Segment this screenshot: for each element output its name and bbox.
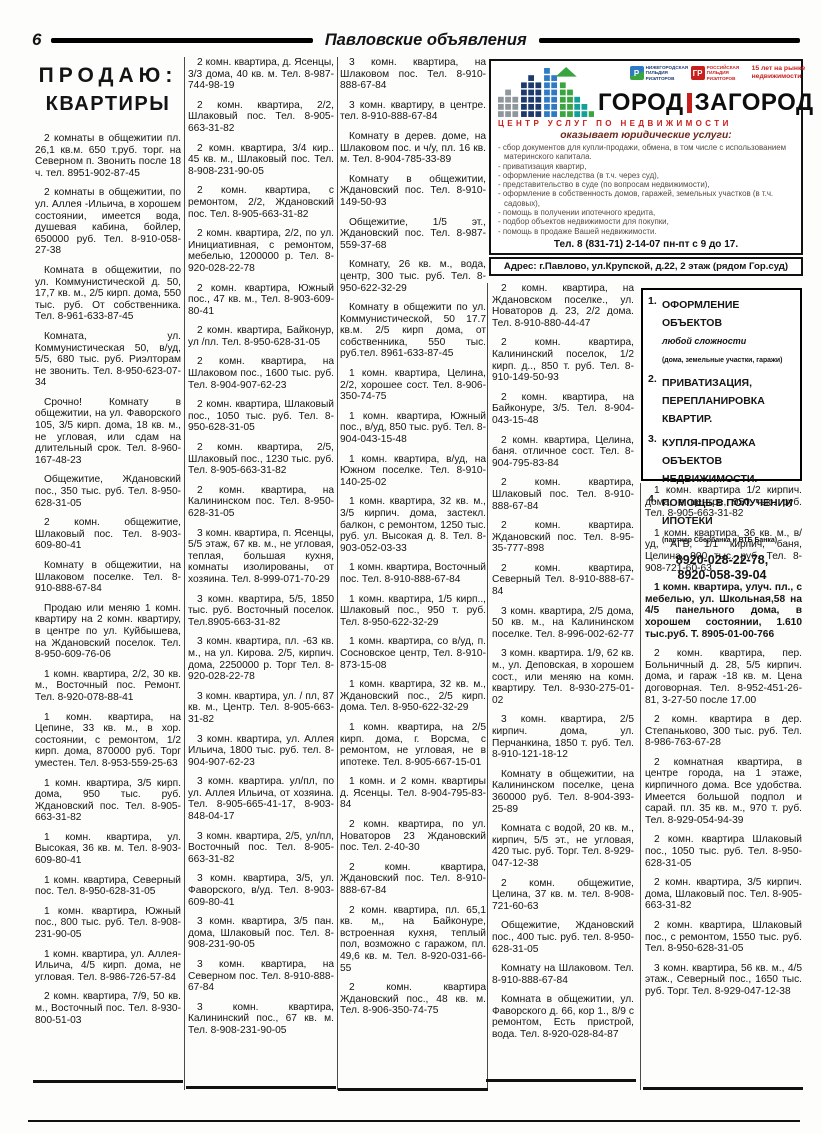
section-title: ПРОДАЮ: КВАРТИРЫ	[35, 63, 181, 119]
classified-ad: 2 комн. квартира, на Калининском пос. Те…	[188, 485, 334, 520]
classified-ad: Комнату в общежитии, на Шлаковом поселке…	[35, 560, 181, 595]
classified-ad: 2 комнаты в общежитии, по ул. Аллея -Иль…	[35, 187, 181, 257]
classified-ad: Комнату в общежитии, Ждановский пос. Тел…	[340, 174, 486, 209]
service-line: - оформление в собственность домов, гара…	[498, 189, 794, 208]
classified-ad: 1 комн. квартира, 2/2, 30 кв. м., Восточ…	[35, 669, 181, 704]
years-badge: 15 лет на рынке недвижимости	[752, 65, 814, 80]
service-item-3: 3. КУПЛЯ-ПРОДАЖА ОБЪЕКТОВ НЕДВИЖИМОСТИ.	[648, 433, 796, 487]
service-line: - помощь в получении ипотечного кредита,	[498, 208, 794, 217]
classified-ad: 1 комн. квартира, Южный пос., в/уд, 850 …	[340, 411, 486, 446]
brand-logo: ГОРОД ЗАГОРОД	[598, 90, 814, 116]
classified-ad: 2 комн. квартира. Ждановский пос. Тел. 8…	[492, 520, 634, 555]
classifieds-column-2: 2 комн. квартира, д. Ясенцы, 3/3 дома, 4…	[188, 57, 334, 1045]
classified-ad: 1 комн. квартира, Северный пос. Тел. 8-9…	[35, 875, 181, 898]
classified-ad: 3 комн. квартира, 3/5, ул. Фаворского, в…	[188, 873, 334, 908]
services-box-phone-1: 8920-028-22-78,	[676, 553, 768, 567]
service-line: - подбор объектов недвижимости для покуп…	[498, 217, 794, 226]
classified-ad: Общежитие, 1/5 эт., Ждановский пос. Тел.…	[340, 217, 486, 252]
classified-ad: 2 комнаты в общежитии пл. 26,1 кв.м. 650…	[35, 133, 181, 179]
classified-ad: 2 комн. квартира, 2/5, Шлаковый пос., 12…	[188, 442, 334, 477]
classified-ad: 1 комн. квартира, ул. Высокая, 36 кв. м.…	[35, 832, 181, 867]
classified-ad: 1 комн. квартира, 32 кв. м., Ждановский …	[340, 679, 486, 714]
services-heading: оказывает юридические услуги:	[498, 130, 794, 141]
column-divider	[640, 483, 641, 1090]
newspaper-page: 6 Павловские объявления ПРОДАЮ: КВАРТИРЫ…	[0, 0, 822, 1134]
russian-guild-emblem-icon: ГР	[691, 66, 705, 80]
service-item-title: ПОМОЩЬ В ПОЛУЧЕНИИ ИПОТЕКИ	[662, 497, 793, 527]
classified-ad: 3 комн. квартира, 2/5, ул/пл, Восточный …	[188, 831, 334, 866]
column-end-rule	[486, 1079, 636, 1082]
classified-ad: 1 комн. квартира, со в/уд, п. Сосновское…	[340, 636, 486, 671]
classified-ad: 2 комн. квартира, 3/4 кир.. 45 кв. м., Ш…	[188, 143, 334, 178]
classified-ad: Общежитие, Ждановский пос., 350 тыс. руб…	[35, 474, 181, 509]
service-item-1: 1. ОФОРМЛЕНИЕ ОБЪЕКТОВ любой сложности (…	[648, 295, 796, 367]
service-line: - сбор документов для купли-продажи, обм…	[498, 143, 794, 162]
classified-ad: 1 комн. квартира, 1/5 кирп.., Шлаковый п…	[340, 594, 486, 629]
russian-guild-label: РОССИЙСКАЯ ГИЛЬДИЯ РИЭЛТОРОВ	[707, 65, 745, 81]
classified-ad: 2 комн. квартира, 2/2, по ул. Инициативн…	[188, 228, 334, 274]
service-item-body: ПОМОЩЬ В ПОЛУЧЕНИИ ИПОТЕКИ (партнер Сбер…	[662, 493, 796, 547]
classified-ad: 2 комн. квартира в дер. Степаньково, 300…	[645, 714, 802, 749]
classified-ad: 2 комн. квартира, д. Ясенцы, 3/3 дома, 4…	[188, 57, 334, 92]
services-offer-box: 1. ОФОРМЛЕНИЕ ОБЪЕКТОВ любой сложности (…	[641, 288, 802, 481]
agency-tagline: ЦЕНТР УСЛУГ ПО НЕДВИЖИМОСТИ	[498, 119, 794, 128]
classified-ad: Комната в общежитии, по ул. Коммунистиче…	[35, 265, 181, 323]
classified-ad: 2 комн. квартира, на Байконуре, 3/5. Тел…	[492, 392, 634, 427]
classifieds-column-3: 3 комн. квартира, на Шлаковом пос. Тел. …	[340, 57, 486, 1025]
partner-nn-guild: Р НИЖЕГОРОДСКАЯ ГИЛЬДИЯ РИЭЛТОРОВ	[630, 65, 684, 81]
classified-ad: 2 комнатная квартира, в центре города, н…	[645, 757, 802, 827]
service-item-body: ОФОРМЛЕНИЕ ОБЪЕКТОВ любой сложности (дом…	[662, 295, 796, 367]
agency-address-strip: Адрес: г.Павлово, ул.Крупской, д.22, 2 э…	[489, 257, 803, 276]
classified-ad: Комнату в дерев. доме, на Шлаковом пос. …	[340, 131, 486, 166]
service-line: - приватизация квартир,	[498, 162, 794, 171]
service-item-subnote: (партнер Сбербанка и ВТБ Банка)	[662, 537, 777, 544]
classified-ad: 2 комн. квартира, Ждановский пос. Тел. 8…	[340, 862, 486, 897]
classified-ad: 2 комн. общежитие, Целина, 37 кв. м. тел…	[492, 878, 634, 913]
classified-ad: 1 комн. квартира, Южный пос., 800 тыс. р…	[35, 906, 181, 941]
classified-ad: 1 комн. квартира, на 2/5 кирп. дома, г. …	[340, 722, 486, 768]
classified-ad: 2 комн. квартира, Целина, баня. отличное…	[492, 435, 634, 470]
service-item-body: КУПЛЯ-ПРОДАЖА ОБЪЕКТОВ НЕДВИЖИМОСТИ.	[662, 433, 796, 487]
classified-ad: 3 комн. квартира, 56 кв. м., 4/5 этаж., …	[645, 963, 802, 998]
classified-ad: 2 комн. квартира, с ремонтом, 2/2, Ждано…	[188, 185, 334, 220]
agency-phone-line: Тел. 8 (831-71) 2-14-07 пн-пт с 9 до 17.	[498, 239, 794, 250]
service-item-2: 2. ПРИВАТИЗАЦИЯ, ПЕРЕПЛАНИРОВКА КВАРТИР.	[648, 373, 796, 427]
services-box-phone-2: 8920-058-39-04	[678, 568, 767, 582]
section-title-line2: КВАРТИРЫ	[46, 93, 171, 115]
classified-ad: 2 комн. квартира, на Шлаковом пос., 1600…	[188, 356, 334, 391]
brand-divider	[687, 93, 692, 113]
classified-ad: Срочно! Комнату в общежитии, на ул. Фаво…	[35, 397, 181, 467]
classified-ad: 1 комн. квартира, в/уд, на Южном поселке…	[340, 454, 486, 489]
brand-country: ЗАГОРОД	[695, 90, 814, 116]
page-title: Павловские объявления	[313, 31, 539, 50]
classified-ad: 2 комн. квартира, Шлаковый пос. Тел. 8-9…	[492, 477, 634, 512]
section-title-line1: ПРОДАЮ:	[39, 64, 178, 87]
classifieds-column-1: ПРОДАЮ: КВАРТИРЫ 2 комнаты в общежитии п…	[35, 57, 181, 1034]
classified-ad: 2 комн. квартира, Южный пос., 47 кв. м.,…	[188, 283, 334, 318]
classified-ad: Комната в общежитии, ул. Фаворского д. 6…	[492, 994, 634, 1040]
agency-ad-right: Р НИЖЕГОРОДСКАЯ ГИЛЬДИЯ РИЭЛТОРОВ ГР РОС…	[594, 65, 814, 116]
classified-ad: 2 комн. квартира, 2/2, Шлаковый пос. Тел…	[188, 100, 334, 135]
classified-ad: 3 комн. квартира, на Северном пос. Тел. …	[188, 959, 334, 994]
service-line: - оформление наследства (в т.ч. через су…	[498, 171, 794, 180]
column-divider	[337, 57, 338, 1090]
classified-ad: 1 комн. квартира, улуч. пл., с мебелью, …	[645, 582, 802, 640]
classified-ad: 2 комн. квартира, пер. Больничный д. 28,…	[645, 648, 802, 706]
partner-russian-guild: ГР РОССИЙСКАЯ ГИЛЬДИЯ РИЭЛТОРОВ	[691, 65, 745, 81]
service-item-title: ОФОРМЛЕНИЕ ОБЪЕКТОВ	[662, 299, 739, 329]
classified-ad: 2 комн. квартира, Северный Тел. 8-910-88…	[492, 563, 634, 598]
agency-ad-header: Р НИЖЕГОРОДСКАЯ ГИЛЬДИЯ РИЭЛТОРОВ ГР РОС…	[498, 65, 794, 117]
column-divider	[487, 283, 488, 1090]
classified-ad: 1 комн. квартира, 32 кв. м., 3/5 кирпич.…	[340, 496, 486, 554]
service-item-title: КУПЛЯ-ПРОДАЖА ОБЪЕКТОВ НЕДВИЖИМОСТИ.	[662, 437, 757, 485]
classified-ad: Общежитие, Ждановский пос., 400 тыс. руб…	[492, 920, 634, 955]
masthead: 6 Павловские объявления	[32, 30, 800, 50]
nn-guild-label: НИЖЕГОРОДСКАЯ ГИЛЬДИЯ РИЭЛТОРОВ	[646, 65, 684, 81]
nn-guild-emblem-icon: Р	[630, 66, 644, 80]
classified-ad: 2 комн. квартира, пл. 65,1 кв. м,, на Ба…	[340, 905, 486, 975]
service-item-title: ПРИВАТИЗАЦИЯ, ПЕРЕПЛАНИРОВКА КВАРТИР.	[662, 377, 765, 425]
classified-ad: 2 комн. квартира, 7/9, 50 кв. м., Восточ…	[35, 991, 181, 1026]
classified-ad: 1 комн. квартира, ул. Аллея-Ильича, 4/5 …	[35, 949, 181, 984]
services-list: - сбор документов для купли-продажи, обм…	[498, 143, 794, 236]
classified-ad: Комнату на Шлаковом. Тел. 8-910-888-67-8…	[492, 963, 634, 986]
column-end-rule	[338, 1088, 488, 1091]
gorod-zagorod-logo	[498, 67, 594, 117]
classified-ad: 1 комн. и 2 комн. квартиры д. Ясенцы. Те…	[340, 776, 486, 811]
service-item-number: 4.	[648, 493, 662, 547]
service-item-number: 2.	[648, 373, 662, 427]
page-number: 6	[32, 30, 41, 50]
classified-ad: 3 комн. квартира, 3/5 пан. дома, Шлаковы…	[188, 916, 334, 951]
service-item-note: любой сложности	[662, 336, 746, 346]
classified-ad: 1 комн. квартира, 3/5 кирп. дома, 950 ты…	[35, 778, 181, 824]
classified-ad: 2 комн. квартира, на Ждановском поселке.…	[492, 283, 634, 329]
classified-ad: Комната с водой, 20 кв. м., кирпич, 5/5 …	[492, 823, 634, 869]
page-bottom-rule	[28, 1120, 800, 1122]
classified-ad: 3 комн. квартира, пл. -63 кв. м., на ул.…	[188, 636, 334, 682]
partner-logos: Р НИЖЕГОРОДСКАЯ ГИЛЬДИЯ РИЭЛТОРОВ ГР РОС…	[598, 65, 814, 89]
classified-ad: 3 комн. квартира, Калининский пос., 67 к…	[188, 1002, 334, 1037]
classified-ad: 3 комн. квартира, 5/5, 1850 тыс. руб. Во…	[188, 594, 334, 629]
classified-ad: 3 комн. квартира, 2/5 кирпич. дома, ул. …	[492, 714, 634, 760]
classified-ad: 2 комн. квартира, по ул. Новаторов 23 Жд…	[340, 819, 486, 854]
column-divider	[184, 57, 185, 1090]
classified-ad: Комнату в общежити по ул. Коммунистическ…	[340, 302, 486, 360]
classified-ad: 2 комн. квартира Ждановский пос., 48 кв.…	[340, 982, 486, 1017]
masthead-rule-right	[539, 38, 800, 43]
classified-ad: Комнату, 26 кв. м., вода, центр, 300 тыс…	[340, 259, 486, 294]
classified-ad: 2 комн. квартира, Шлаковый пос., с ремон…	[645, 920, 802, 955]
classified-ad: 3 комн. квартира, ул. / пл, 87 кв. м., Ц…	[188, 691, 334, 726]
classified-ad: 3 комн. квартира, п. Ясенцы, 5/5 этаж, 6…	[188, 528, 334, 586]
classifieds-column-4: 2 комн. квартира, на Ждановском поселке.…	[492, 283, 634, 1049]
classified-ad: 2 комн. общежитие, Шлаковый пос. Тел. 8-…	[35, 517, 181, 552]
brand-city: ГОРОД	[598, 90, 684, 116]
classified-ad: Комната, ул. Коммунистическая 50, в/уд, …	[35, 331, 181, 389]
classified-ad: 2 комн. квартира, 3/5 кирпич. дома, Шлак…	[645, 877, 802, 912]
classified-ad: 2 комн. квартира, Шлаковый пос., 1050 ты…	[188, 399, 334, 434]
column-end-rule	[186, 1086, 336, 1089]
agency-ad-box: Р НИЖЕГОРОДСКАЯ ГИЛЬДИЯ РИЭЛТОРОВ ГР РОС…	[489, 59, 803, 255]
service-item-subnote: (дома, земельные участки, гаражи)	[662, 357, 782, 364]
service-item-body: ПРИВАТИЗАЦИЯ, ПЕРЕПЛАНИРОВКА КВАРТИР.	[662, 373, 796, 427]
classified-ad: 1 комн. квартира, Целина, 2/2, хорошее с…	[340, 368, 486, 403]
ads-list: 2 комнаты в общежитии пл. 26,1 кв.м. 650…	[35, 133, 181, 1026]
classified-ad: 2 комн. квартира, Калининский поселок, 1…	[492, 337, 634, 383]
classified-ad: Продаю или меняю 1 комн. квартиру на 2 к…	[35, 603, 181, 661]
column-end-rule	[643, 1087, 803, 1090]
classified-ad: 3 комн. квартира. ул/пл, по ул. Аллея Ил…	[188, 776, 334, 822]
column-end-rule	[33, 1080, 183, 1083]
classified-ad: 2 комн. квартира, Байконур, ул /пл. Тел.…	[188, 325, 334, 348]
classified-ad: Комнату в общежитии, на Калининском посе…	[492, 769, 634, 815]
classified-ad: 3 комн. квартиру, в центре. тел. 8-910-8…	[340, 100, 486, 123]
classified-ad: 1 комн. квартира, на Цепине, 33 кв. м., …	[35, 712, 181, 770]
services-box-phones: 8920-028-22-78, 8920-058-39-04	[648, 553, 796, 583]
service-line: - помощь в продаже Вашей недвижимости.	[498, 227, 794, 236]
classified-ad: 3 комн. квартира, на Шлаковом пос. Тел. …	[340, 57, 486, 92]
classified-ad: 2 комн. квартира Шлаковый пос., 1050 тыс…	[645, 834, 802, 869]
classified-ad: 3 комн. квартира, ул. Аллея Ильича, 1800…	[188, 734, 334, 769]
classified-ad: 1 комн. квартира, Восточный пос. Тел. 8-…	[340, 562, 486, 585]
service-item-number: 3.	[648, 433, 662, 487]
classified-ad: 3 комн. квартира. 1/9, 62 кв. м., ул. Де…	[492, 648, 634, 706]
service-line: - представительство в суде (по вопросам …	[498, 180, 794, 189]
masthead-rule-left	[51, 38, 312, 43]
classified-ad: 3 комн. квартира, 2/5 дома, 50 кв. м., н…	[492, 606, 634, 641]
service-item-4: 4. ПОМОЩЬ В ПОЛУЧЕНИИ ИПОТЕКИ (партнер С…	[648, 493, 796, 547]
service-item-number: 1.	[648, 295, 662, 367]
